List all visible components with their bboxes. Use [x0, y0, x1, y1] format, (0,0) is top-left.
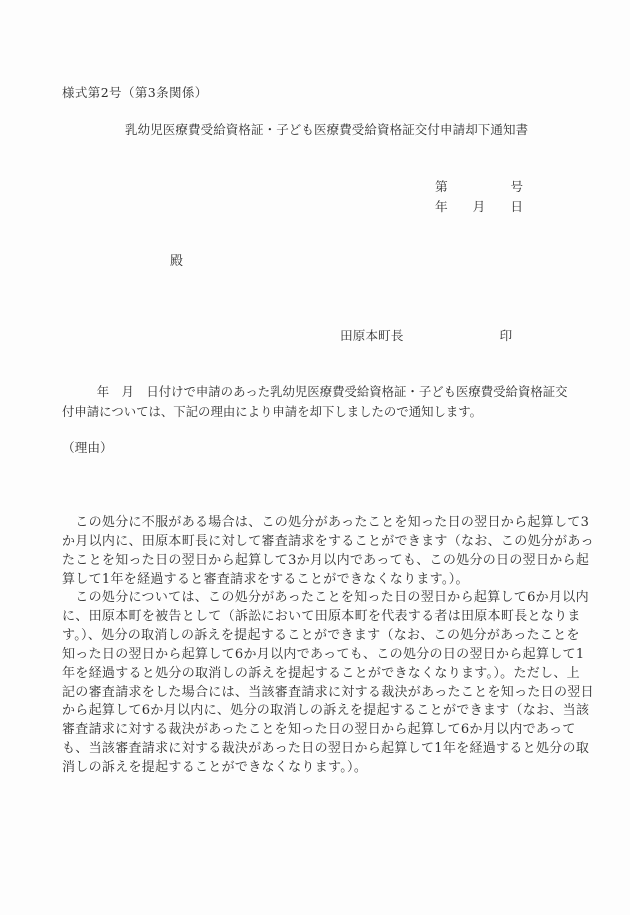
text-line: 知った日の翌日から起算して6か月以内であっても、この処分の日の翌日から起算して1 — [62, 646, 574, 665]
date-month-label: 月 — [473, 197, 486, 217]
text-line: 年を経過すると処分の取消しの訴えを提起することができなくなります。）。ただし、上 — [62, 665, 574, 684]
date-year-label: 年 — [435, 197, 448, 217]
text-line: 付申請については、下記の理由により申請を却下しましたので通知します。 — [62, 402, 574, 422]
text-line: たことを知った日の翌日から起算して3か月以内であっても、この処分の日の翌日から起 — [62, 552, 574, 571]
text-line: この処分に不服がある場合は、この処分があったことを知った日の翌日から起算して3 — [62, 514, 574, 533]
text-line: 年 月 日付けで申請のあった乳幼児医療費受給資格証・子ども医療費受給資格証交 — [62, 382, 574, 402]
number-date-block: 第 号 年 月 日 — [435, 177, 523, 217]
doc-number-prefix: 第 — [435, 177, 448, 197]
doc-number-suffix: 号 — [510, 177, 523, 197]
text-line: から起算して6か月以内に、処分の取消しの訴えを提起することができます（なお、当該 — [62, 702, 574, 721]
seal-placeholder: 印 — [499, 325, 512, 344]
notice-paragraph: 年 月 日付けで申請のあった乳幼児医療費受給資格証・子ども医療費受給資格証交付申… — [62, 382, 574, 422]
text-line: 審査請求に対する裁決があったことを知った日の翌日から起算して6か月以内であって — [62, 721, 574, 740]
text-line: か月以内に、田原本町長に対して審査請求をすることができます（なお、この処分があっ — [62, 533, 574, 552]
date-line: 年 月 日 — [435, 197, 523, 217]
reason-label: （理由） — [62, 437, 113, 456]
appeal-information-paragraph: この処分に不服がある場合は、この処分があったことを知った日の翌日から起算して3か… — [62, 514, 574, 778]
document-title: 乳幼児医療費受給資格証・子ども医療費受給資格証交付申請却下通知書 — [125, 120, 528, 138]
text-line: 記の審査請求をした場合には、当該審査請求に対する裁決があったことを知った日の翌日 — [62, 684, 574, 703]
document-number-line: 第 号 — [435, 177, 523, 197]
text-line: 消しの訴えを提起することができなくなります。）。 — [62, 759, 574, 778]
text-line: も、当該審査請求に対する裁決があった日の翌日から起算して1年を経過すると処分の取 — [62, 740, 574, 759]
text-line: す。）、処分の取消しの訴えを提起することができます（なお、この処分があったことを — [62, 627, 574, 646]
text-line: に、田原本町を被告として（訴訟において田原本町を代表する者は田原本町長となりま — [62, 608, 574, 627]
text-line: この処分については、この処分があったことを知った日の翌日から起算して6か月以内 — [62, 589, 574, 608]
issuer-line: 田原本町長 印 — [340, 325, 512, 344]
date-day-label: 日 — [510, 197, 523, 217]
form-number: 様式第2号（第3条関係） — [62, 83, 208, 101]
text-line: 算して1年を経過すると審査請求をすることができなくなります。）。 — [62, 571, 574, 590]
issuer-title: 田原本町長 — [340, 325, 403, 344]
addressee-honorific: 殿 — [170, 250, 183, 269]
document-page: 様式第2号（第3条関係） 乳幼児医療費受給資格証・子ども医療費受給資格証交付申請… — [0, 0, 630, 915]
